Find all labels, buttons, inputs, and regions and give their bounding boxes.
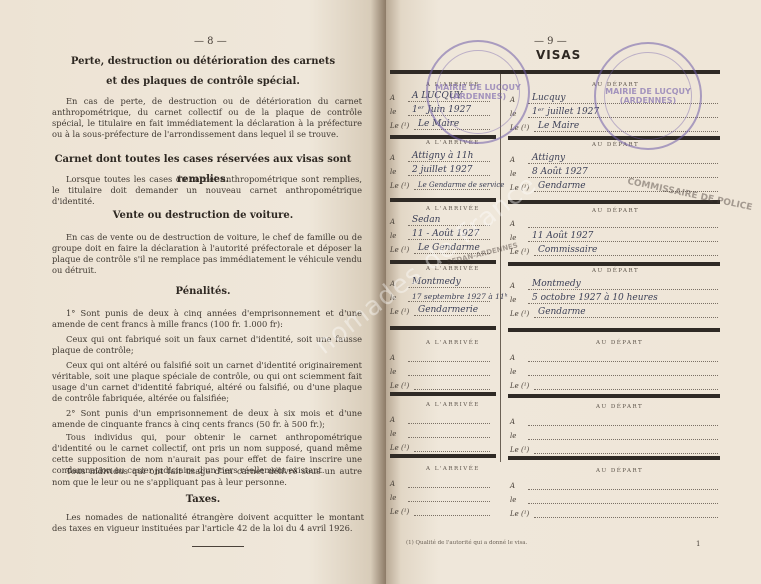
departure-date-field[interactable]: le8 Août 1927 bbox=[510, 164, 718, 178]
section-heading: Taxes. bbox=[40, 490, 366, 510]
departure-date-field[interactable]: le11 Août 1927 bbox=[510, 228, 718, 242]
section-heading: Perte, destruction ou détérioration des … bbox=[40, 52, 366, 92]
paragraph: Ceux qui ont altéré ou falsifié soit un … bbox=[52, 360, 362, 404]
arrival-date-field[interactable]: le bbox=[390, 488, 490, 502]
departure-signature-field[interactable]: Le (¹) bbox=[510, 504, 718, 518]
arrival-place-field[interactable]: A bbox=[390, 348, 490, 362]
end-rule bbox=[192, 546, 244, 547]
footnote: (1) Qualité de l'autorité qui a donné le… bbox=[406, 540, 527, 546]
departure-date-field[interactable]: le bbox=[510, 362, 718, 376]
row-separator bbox=[508, 394, 720, 398]
booklet-spread: — 8 — Perte, destruction ou détérioratio… bbox=[0, 0, 761, 584]
arrival-date-field[interactable]: le17 septembre 1927 à 11ʰ bbox=[390, 288, 490, 302]
arrival-date-field[interactable]: le bbox=[390, 362, 490, 376]
departure-place-field[interactable]: A bbox=[510, 412, 718, 426]
row-separator bbox=[508, 262, 720, 266]
paragraph: 2° Sont punis d'un emprisonnement de deu… bbox=[52, 408, 362, 430]
row-separator bbox=[508, 328, 720, 332]
departure-signature-field[interactable]: Le (¹)Gendarme bbox=[510, 304, 718, 318]
paragraph: En cas de perte, de destruction ou de dé… bbox=[52, 96, 362, 140]
paragraph: Tous individus qui ont fait usage d'un c… bbox=[52, 466, 362, 488]
row-separator bbox=[390, 198, 496, 202]
departure-label: AU DÉPART bbox=[596, 468, 643, 474]
departure-date-field[interactable]: le bbox=[510, 490, 718, 504]
departure-label: AU DÉPART bbox=[592, 268, 639, 274]
arrival-signature-field[interactable]: Le (¹) bbox=[390, 376, 490, 390]
mairie-stamp: MAIRIE DE LUCQUY (ARDENNES) bbox=[594, 42, 702, 150]
departure-signature-field[interactable]: Le (¹) bbox=[510, 376, 718, 390]
arrival-label: A L'ARRIVÉE bbox=[426, 340, 480, 346]
section-heading: Pénalités. bbox=[40, 282, 366, 302]
row-separator bbox=[508, 200, 720, 204]
departure-label: AU DÉPART bbox=[596, 340, 643, 346]
departure-place-field[interactable]: A bbox=[510, 476, 718, 490]
arrival-place-field[interactable]: A bbox=[390, 410, 490, 424]
arrival-label: A L'ARRIVÉE bbox=[426, 266, 480, 272]
mairie-stamp: MAIRIE DE LUCQUY (ARDENNES) bbox=[426, 40, 530, 144]
departure-place-field[interactable]: AAttigny bbox=[510, 150, 718, 164]
arrival-label: A L'ARRIVÉE bbox=[426, 466, 480, 472]
departure-date-field[interactable]: le bbox=[510, 426, 718, 440]
departure-signature-field[interactable]: Le (¹)Commissaire bbox=[510, 242, 718, 256]
departure-place-field[interactable]: A bbox=[510, 348, 718, 362]
arrival-place-field[interactable]: AAttigny à 11h bbox=[390, 148, 490, 162]
departure-place-field[interactable]: A bbox=[510, 214, 718, 228]
departure-label: AU DÉPART bbox=[596, 404, 643, 410]
visas-title: VISAS bbox=[536, 48, 581, 62]
section-heading: Vente ou destruction de voiture. bbox=[40, 206, 366, 226]
departure-place-field[interactable]: AMontmedy bbox=[510, 276, 718, 290]
row-separator bbox=[390, 392, 496, 396]
signature-mark: 1 bbox=[696, 540, 700, 548]
arrival-place-field[interactable]: A bbox=[390, 474, 490, 488]
arrival-place-field[interactable]: ASedan bbox=[390, 212, 490, 226]
arrival-place-field[interactable]: AMontmedy bbox=[390, 274, 490, 288]
arrival-signature-field[interactable]: Le (¹) bbox=[390, 438, 490, 452]
arrival-date-field[interactable]: le2 juillet 1927 bbox=[390, 162, 490, 176]
paragraph: Les nomades de nationalité étrangère doi… bbox=[52, 512, 364, 534]
paragraph: Lorsque toutes les cases du carnet anthr… bbox=[52, 174, 362, 207]
departure-date-field[interactable]: le5 octobre 1927 à 10 heures bbox=[510, 290, 718, 304]
arrival-signature-field[interactable]: Le (¹) bbox=[390, 502, 490, 516]
row-separator bbox=[508, 456, 720, 460]
left-page: — 8 — Perte, destruction ou détérioratio… bbox=[0, 0, 386, 584]
arrival-signature-field[interactable]: Le (¹)Gendarmerie bbox=[390, 302, 490, 316]
paragraph: Ceux qui ont fabriqué soit un faux carne… bbox=[52, 334, 362, 356]
departure-signature-field[interactable]: Le (¹) bbox=[510, 440, 718, 454]
row-separator bbox=[390, 260, 496, 264]
paragraph: 1° Sont punis de deux à cinq années d'em… bbox=[52, 308, 362, 330]
row-separator bbox=[390, 454, 496, 458]
row-separator bbox=[390, 326, 496, 330]
arrival-date-field[interactable]: le11 - Août 1927 bbox=[390, 226, 490, 240]
paragraph: En cas de vente ou de destruction de voi… bbox=[52, 232, 362, 276]
arrival-signature-field[interactable]: Le (¹)Le Gendarme de service bbox=[390, 176, 490, 190]
page-number: — 8 — bbox=[194, 36, 227, 47]
arrival-label: A L'ARRIVÉE bbox=[426, 402, 480, 408]
arrival-date-field[interactable]: le bbox=[390, 424, 490, 438]
right-page: — 9 — VISAS A L'ARRIVÉE AA LUCQUY le1ᵉʳ … bbox=[386, 0, 761, 584]
page-number: — 9 — bbox=[534, 36, 567, 47]
